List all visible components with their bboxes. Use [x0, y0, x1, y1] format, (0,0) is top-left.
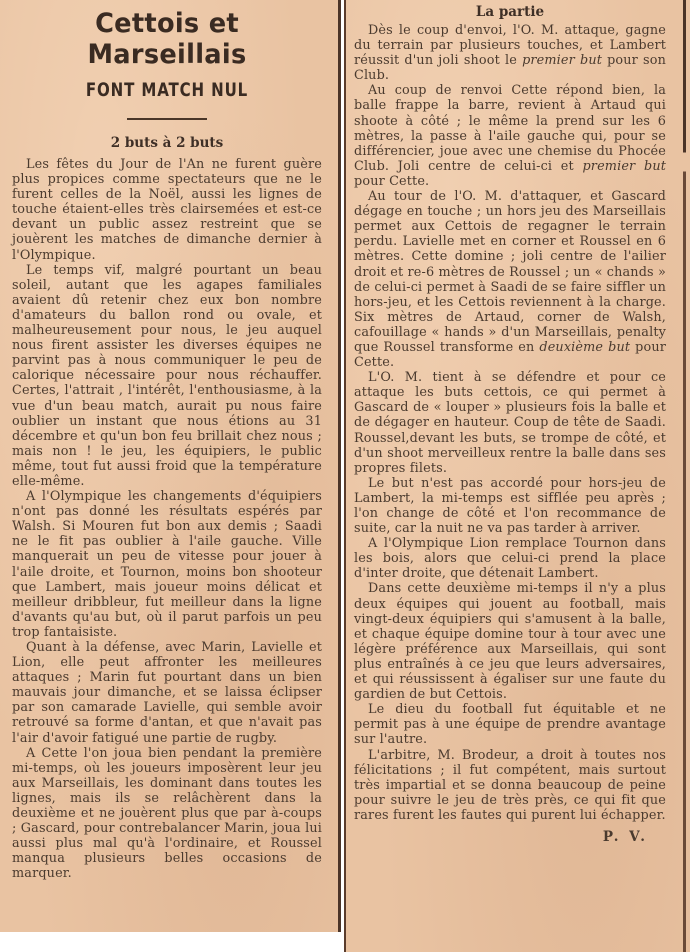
paragraph: A Cette l'on joua bien pendant la premiè… — [12, 746, 322, 882]
paragraph: A l'Olympique les changements d'équipier… — [12, 489, 322, 640]
paragraph: Dans cette deuxième mi-temps il n'y a pl… — [354, 581, 666, 702]
article-headline: Cettois et Marseillais — [20, 8, 315, 70]
emphasized-text: deuxième but — [539, 340, 630, 355]
paragraph: Le dieu du football fut équitable et ne … — [354, 702, 666, 747]
paragraph: Quant à la défense, avec Marin, Lavielle… — [12, 640, 322, 746]
paragraph: L'arbitre, M. Brodeur, a droit à toutes … — [354, 748, 666, 823]
section-title: La partie — [354, 4, 666, 20]
article-subheadline: FONT MATCH NUL — [31, 79, 304, 101]
score-line: 2 buts à 2 buts — [12, 135, 322, 151]
article-left-column: Cettois et Marseillais FONT MATCH NUL 2 … — [0, 0, 341, 932]
paragraph: Le temps vif, malgré pourtant un beau so… — [12, 263, 322, 489]
paragraph: Le but n'est pas accordé pour hors-jeu d… — [354, 476, 666, 536]
article-right-column: La partie Dès le coup d'envoi, l'O. M. a… — [344, 0, 690, 952]
paragraph: Au tour de l'O. M. d'attaquer, et Gascar… — [354, 189, 666, 370]
emphasized-text: premier but — [522, 53, 602, 68]
paragraph: L'O. M. tient à se défendre et pour ce a… — [354, 370, 666, 476]
paragraph: Au coup de renvoi Cette répond bien, la … — [354, 83, 666, 189]
headline-divider — [127, 118, 207, 120]
match-report: Dès le coup d'envoi, l'O. M. attaque, ga… — [354, 23, 666, 823]
paragraph: A l'Olympique Lion remplace Tournon dans… — [354, 536, 666, 581]
paragraph: Dès le coup d'envoi, l'O. M. attaque, ga… — [354, 23, 666, 83]
paragraph: Les fêtes du Jour de l'An ne furent guèr… — [12, 157, 322, 263]
emphasized-text: premier but — [582, 159, 666, 174]
author-signature: P. V. — [354, 829, 648, 845]
